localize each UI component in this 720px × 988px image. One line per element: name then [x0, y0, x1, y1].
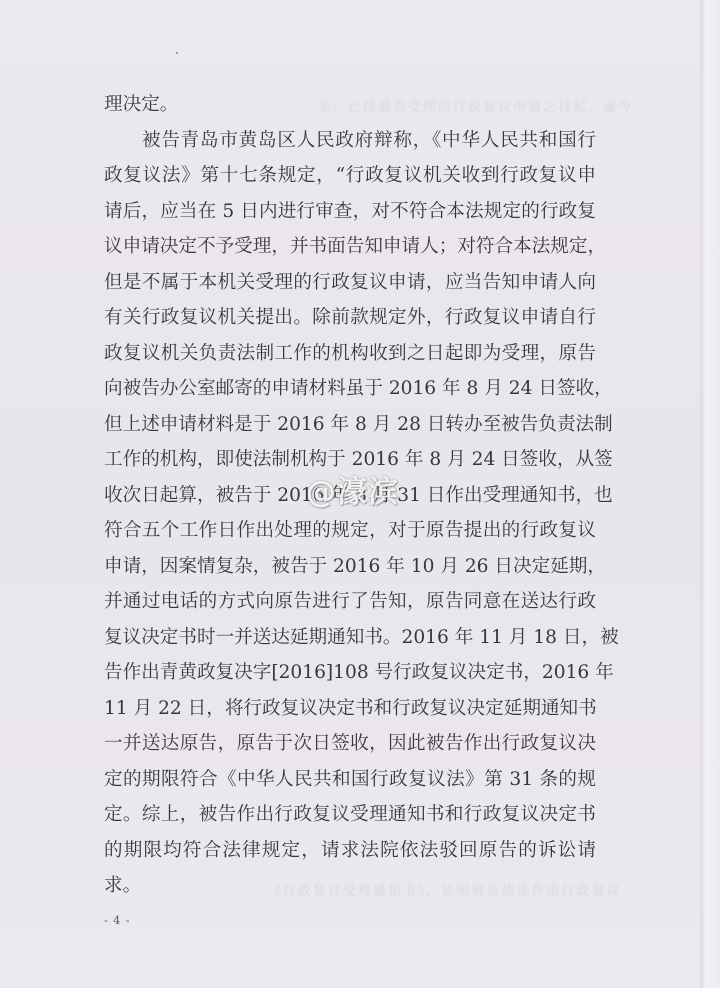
text-line: 但是不属于本机关受理的行政复议申请，应当告知申请人向	[104, 265, 596, 301]
text-line: 并通过电话的方式向原告进行了告知，原告同意在送达行政	[104, 584, 596, 620]
text-line: 理决定。	[104, 87, 596, 123]
text-line: 定的期限符合《中华人民共和国行政复议法》第 31 条的规	[104, 762, 596, 798]
text-line: 一并送达原告，原告于次日签收，因此被告作出行政复议决	[104, 726, 596, 762]
scanned-page: 是。已经被告受理的行政复议申请之日起，逾今 《行政复议受理通知书》，证明被告依法…	[0, 0, 704, 988]
text-line: 复议决定书时一并送达延期通知书。2016 年 11 月 18 日，被	[104, 620, 596, 656]
text-line: 求。	[104, 868, 596, 904]
text-line: 政复议机关负责法制工作的机构收到之日起即为受理，原告	[104, 336, 596, 372]
scan-speck	[176, 52, 178, 54]
page-number: - 4 -	[104, 914, 130, 927]
text-line: 申请，因案情复杂，被告于 2016 年 10 月 26 日决定延期，	[104, 549, 596, 585]
text-line: 政复议法》第十七条规定，“行政复议机关收到行政复议申	[104, 158, 596, 194]
text-line: 议申请决定不予受理，并书面告知申请人；对符合本法规定，	[104, 229, 596, 265]
text-line: 11 月 22 日，将行政复议决定书和行政复议决定延期通知书	[104, 691, 596, 727]
paragraph-start-line: 被告青岛市黄岛区人民政府辩称，《中华人民共和国行	[104, 123, 596, 159]
text-line: 定。综上，被告作出行政复议受理通知书和行政复议决定书	[104, 797, 596, 833]
text-line: 符合五个工作日作出处理的规定，对于原告提出的行政复议	[104, 513, 596, 549]
text-line: 但上述申请材料是于 2016 年 8 月 28 日转办至被告负责法制	[104, 407, 596, 443]
watermark: @濠滨	[306, 467, 399, 511]
page-edge-shadow	[700, 0, 720, 988]
text-line: 的期限均符合法律规定，请求法院依法驳回原告的诉讼请	[104, 833, 596, 869]
text-line: 有关行政复议机关提出。除前款规定外，行政复议申请自行	[104, 300, 596, 336]
text-line: 请后，应当在 5 日内进行审查，对不符合本法规定的行政复	[104, 194, 596, 230]
text-line: 告作出青黄政复决字[2016]108 号行政复议决定书，2016 年	[104, 655, 596, 691]
text-line: 向被告办公室邮寄的申请材料虽于 2016 年 8 月 24 日签收，	[104, 371, 596, 407]
